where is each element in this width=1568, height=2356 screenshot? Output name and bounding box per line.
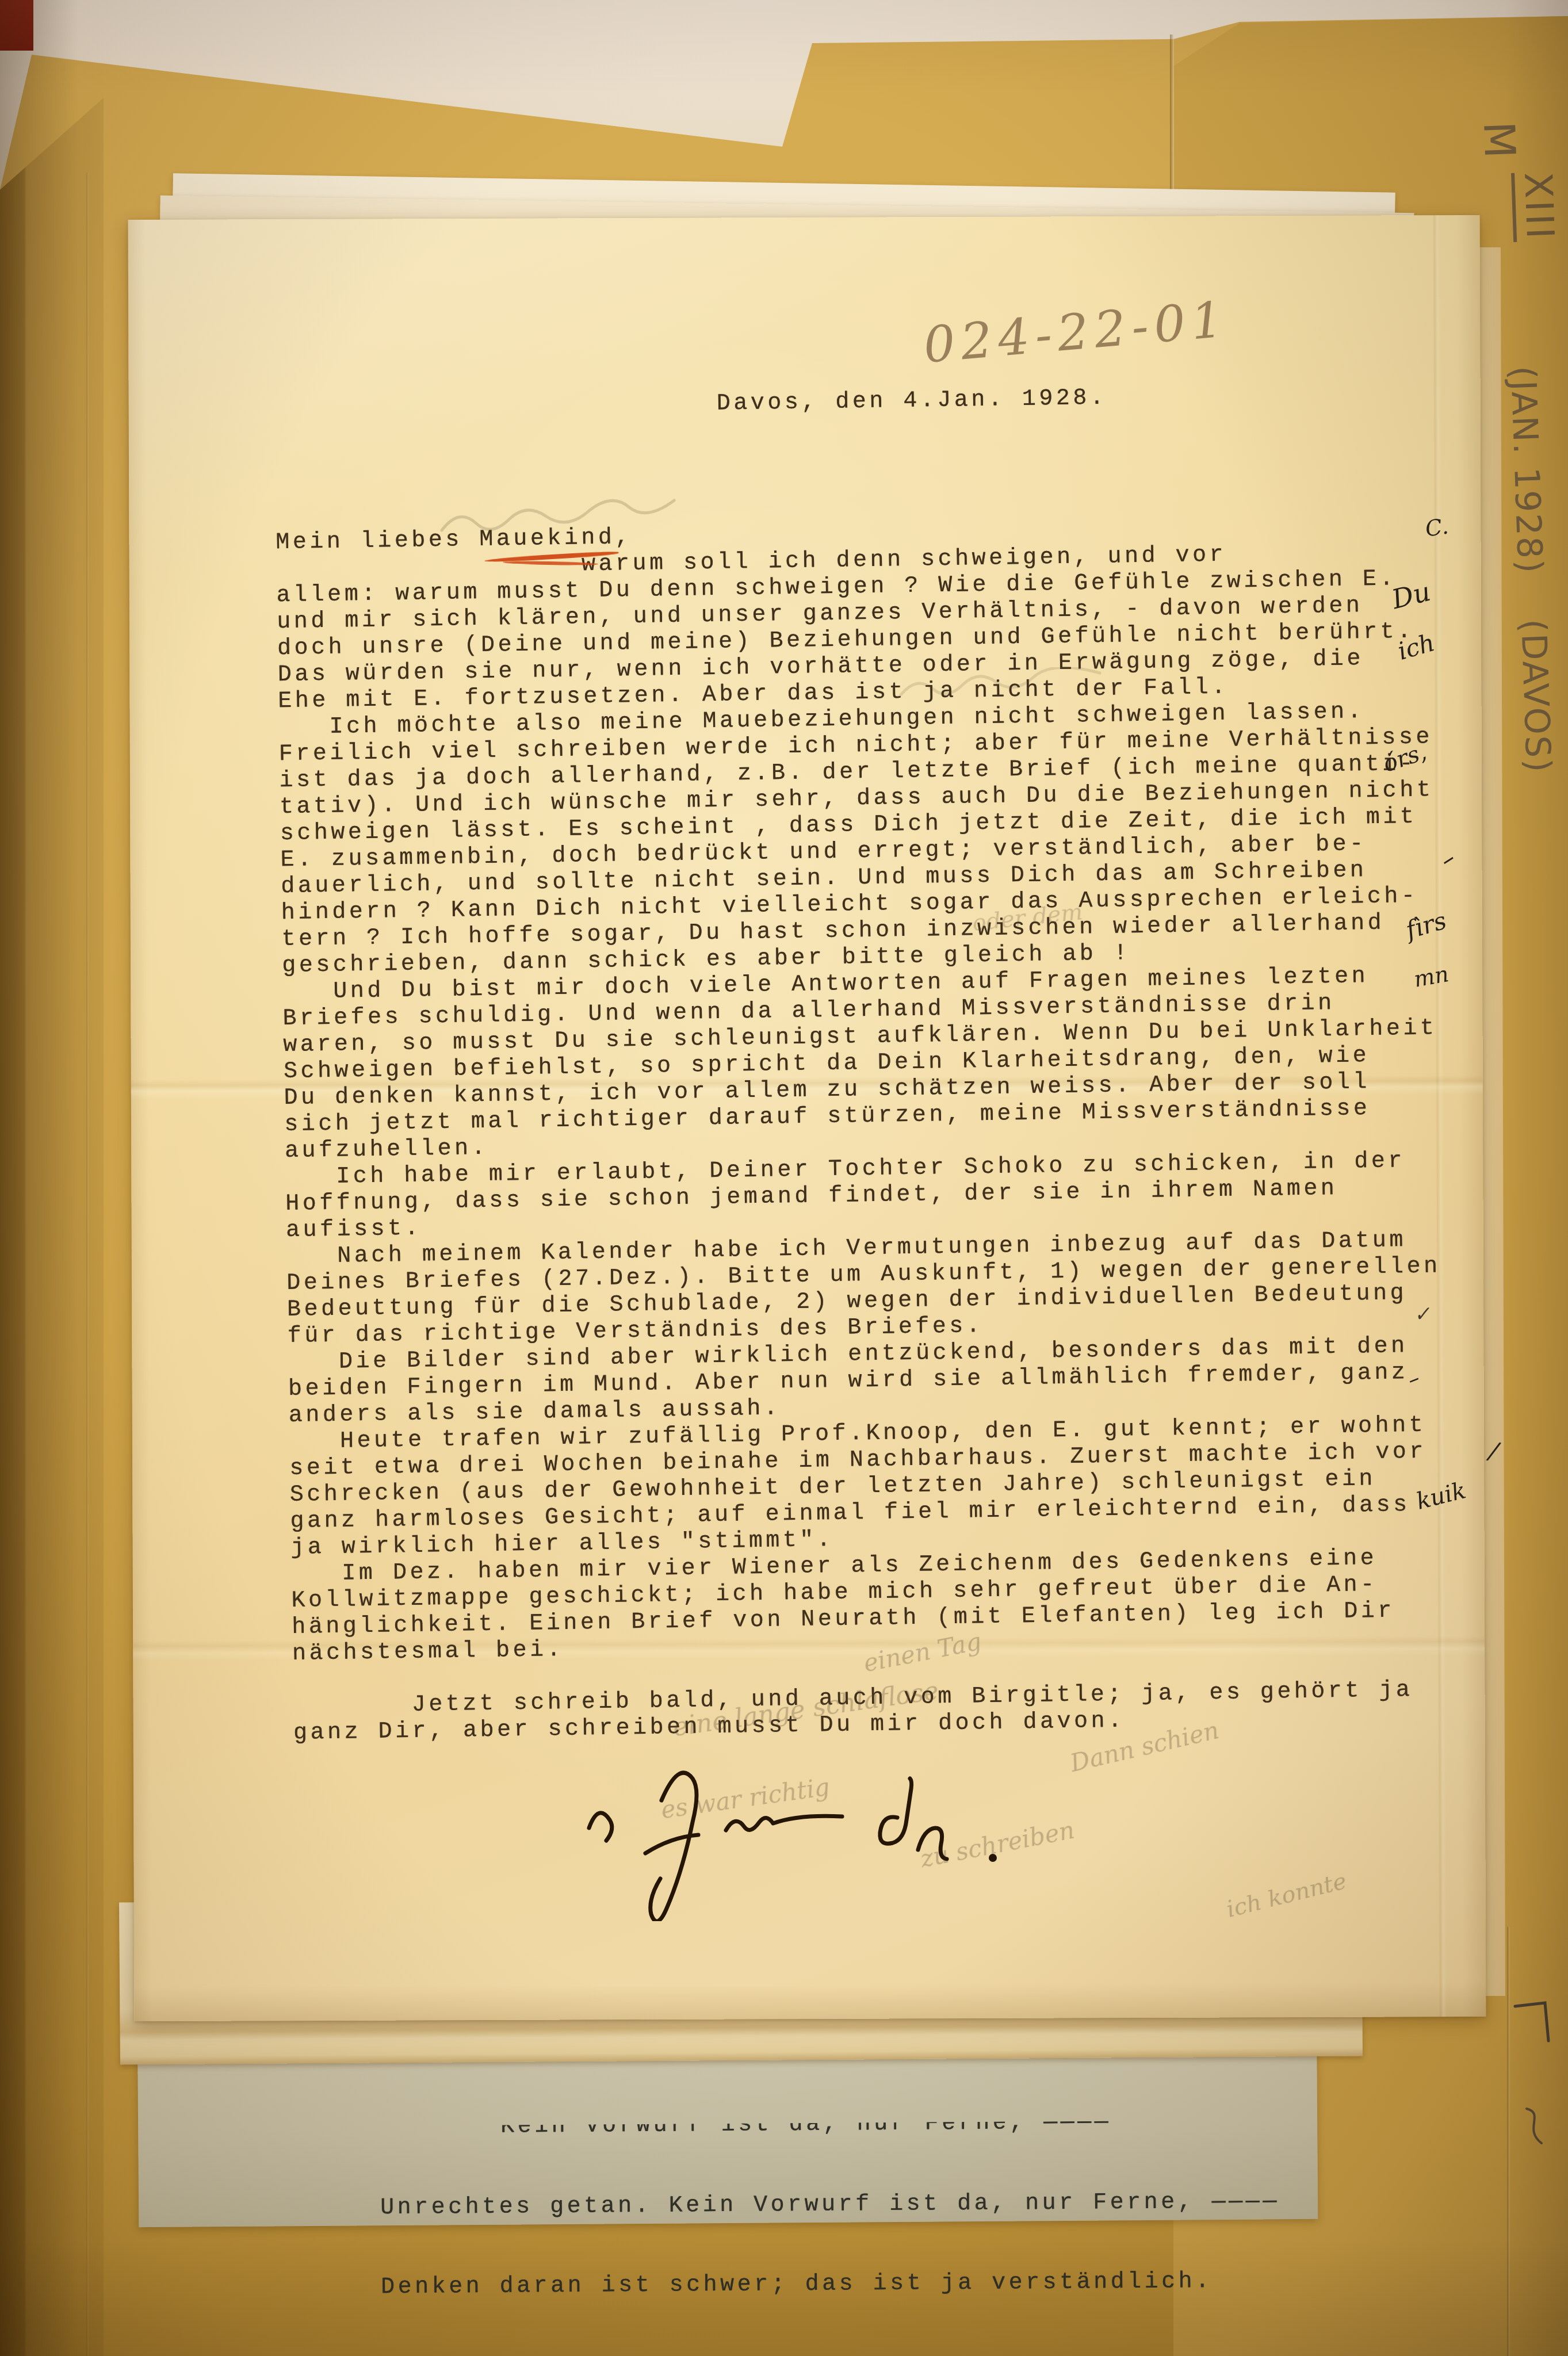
folder-edge-lower xyxy=(1507,1927,1510,2356)
letter-paragraphs: warum soll ich denn schweigen, und voral… xyxy=(276,539,1448,1747)
clipped-typed-line: Kein Vorwurf ist da, nur Ferne, ———— xyxy=(500,2120,1279,2141)
archive-photo-scene: M XIII (JAN. 1928) (DAVOS) Kein Vorwurf … xyxy=(0,0,1568,2356)
s-curve-pen-mark xyxy=(1520,2106,1552,2147)
typed-line: Denken daran ist schwer; das ist ja vers… xyxy=(381,2268,1280,2301)
corner-bracket-pen-mark xyxy=(1513,2001,1558,2047)
typed-line: Unrechtes getan. Kein Vorwurf ist da, nu… xyxy=(380,2189,1280,2221)
folder-label-date: (JAN. 1928) xyxy=(1502,365,1550,575)
ink-margin-note: ✓ xyxy=(1413,1302,1432,1327)
folder-label-place: (DAVOS) xyxy=(1513,618,1558,774)
bottom-typed-text: Kein Vorwurf ist da, nur Ferne, ———— Unr… xyxy=(380,2067,1281,2354)
pencil-scribble-mark xyxy=(897,667,1104,707)
folder-label-roman-numeral: XIII xyxy=(1511,171,1562,242)
red-corner-paper xyxy=(0,0,33,51)
ink-margin-note: C. xyxy=(1424,513,1450,541)
folder-label-m: M xyxy=(1474,121,1524,162)
ink-signature xyxy=(575,1731,1024,1921)
folder-flap-edge xyxy=(1170,35,1174,207)
folder-crease xyxy=(86,173,89,2356)
pencil-scribble-mark xyxy=(437,496,679,548)
typed-letter-body: Davos, den 4.Jan. 1928. Mein liebes Maue… xyxy=(274,380,1448,1747)
